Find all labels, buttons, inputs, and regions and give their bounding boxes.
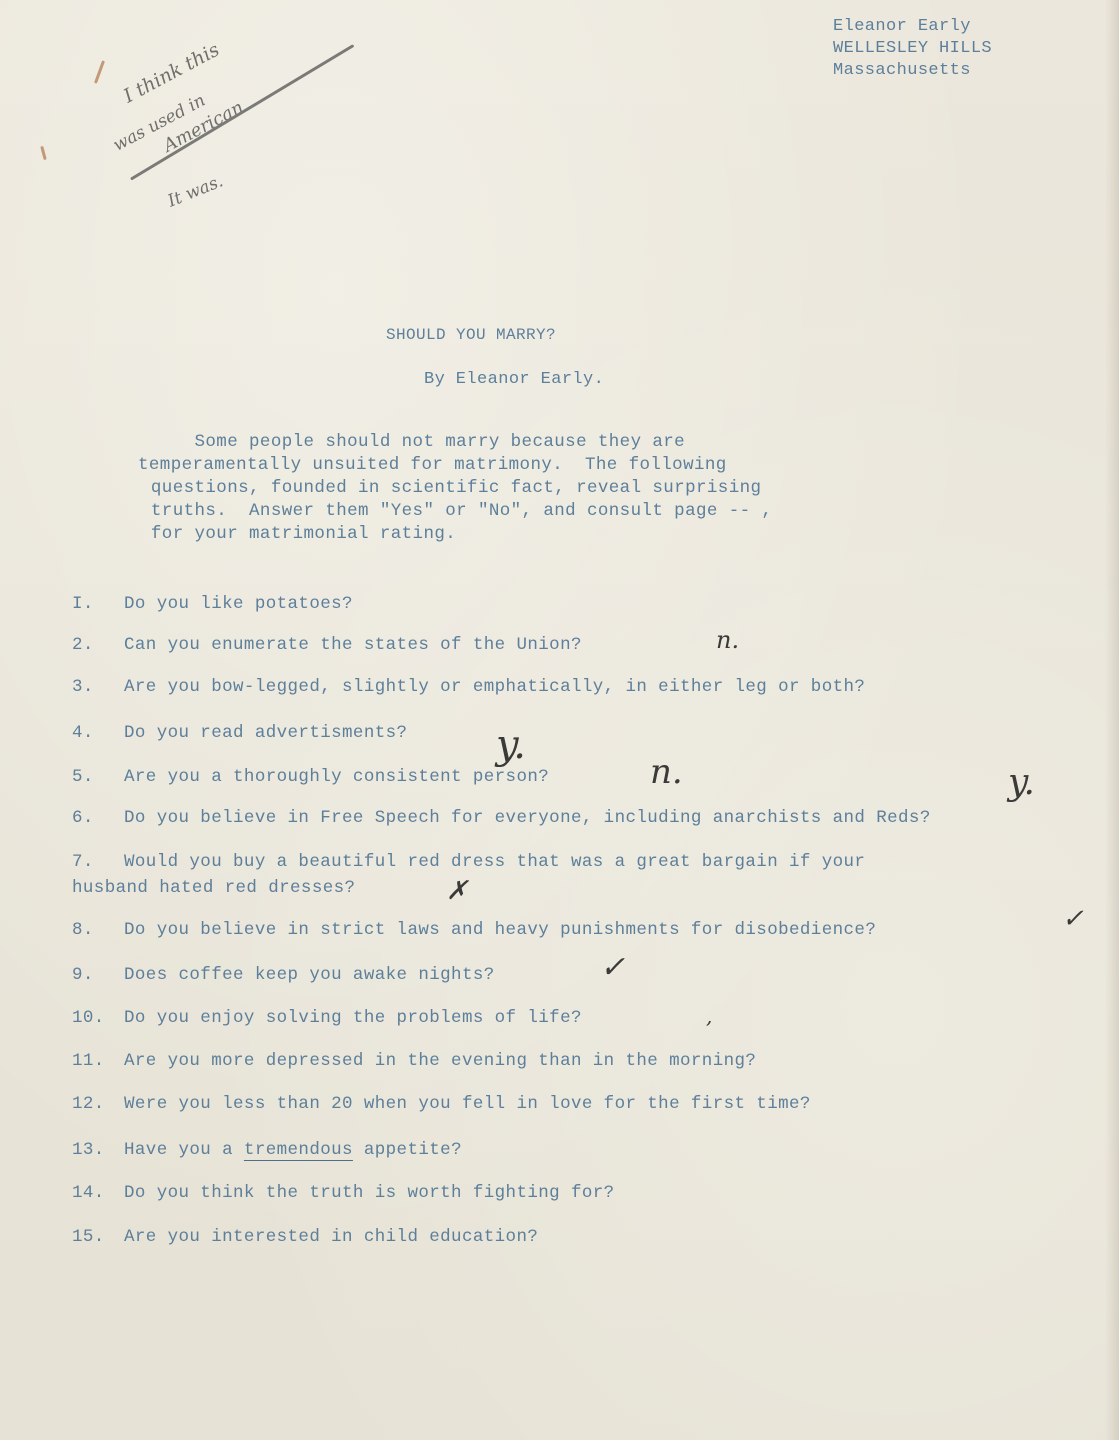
question-number: 6.	[72, 808, 124, 828]
question-number: 9.	[72, 965, 124, 985]
question-12: 12.Were you less than 20 when you fell i…	[72, 1094, 811, 1114]
answer-mark-q5: n.	[650, 752, 683, 792]
question-number: 8.	[72, 920, 124, 940]
question-15: 15.Are you interested in child education…	[72, 1227, 538, 1247]
answer-mark-q4: y.	[496, 722, 526, 768]
letterhead-state: Massachusetts	[833, 60, 971, 81]
question-text: Do you think the truth is worth fighting…	[124, 1183, 615, 1203]
question-text: Are you interested in child education?	[124, 1227, 538, 1247]
question-text: Does coffee keep you awake nights?	[124, 965, 495, 985]
question-text: Were you less than 20 when you fell in l…	[124, 1094, 811, 1114]
question-13: 13.Have you a tremendous appetite?	[72, 1140, 462, 1160]
question-text: Do you like potatoes?	[124, 594, 353, 614]
question-text-pre: Have you a	[124, 1140, 244, 1160]
answer-mark-q9: ✓	[600, 950, 625, 985]
question-number: 10.	[72, 1008, 124, 1028]
question-14: 14.Do you think the truth is worth fight…	[72, 1183, 615, 1203]
answer-mark-q2: n.	[716, 626, 739, 654]
intro-line: for your matrimonial rating.	[140, 524, 456, 544]
question-7: 7.Would you buy a beautiful red dress th…	[72, 852, 865, 872]
margin-note-line1: I think this	[120, 39, 223, 108]
margin-note-line4: It was.	[165, 171, 226, 211]
question-text: Do you enjoy solving the problems of lif…	[124, 1008, 582, 1028]
paper-edge-shadow	[1105, 0, 1119, 1440]
question-text: Do you believe in Free Speech for everyo…	[124, 808, 931, 828]
question-text: Can you enumerate the states of the Unio…	[124, 635, 582, 655]
intro-line: questions, founded in scientific fact, r…	[140, 478, 761, 498]
question-number: 14.	[72, 1183, 124, 1203]
question-5: 5.Are you a thoroughly consistent person…	[72, 767, 549, 787]
question-9: 9.Does coffee keep you awake nights?	[72, 965, 495, 985]
margin-note: I think this was used in American It was…	[110, 48, 370, 208]
question-text: Are you a thoroughly consistent person?	[124, 767, 549, 787]
question-number: 7.	[72, 852, 124, 872]
question-number: 11.	[72, 1051, 124, 1071]
answer-mark-q6: y.	[1008, 762, 1035, 803]
question-text-post: appetite?	[353, 1140, 462, 1160]
document-byline: By Eleanor Early.	[424, 370, 604, 389]
intro-line: temperamentally unsuited for matrimony. …	[138, 455, 727, 475]
answer-mark-q7: ✗	[446, 876, 468, 906]
question-text-underlined: tremendous	[244, 1140, 353, 1160]
question-number: 5.	[72, 767, 124, 787]
question-6: 6.Do you believe in Free Speech for ever…	[72, 808, 931, 828]
question-text: Would you buy a beautiful red dress that…	[124, 852, 865, 872]
question-1: I.Do you like potatoes?	[72, 594, 353, 614]
question-number: 12.	[72, 1094, 124, 1114]
question-text: Are you bow-legged, slightly or emphatic…	[124, 677, 865, 697]
question-7-continued: husband hated red dresses?	[72, 878, 355, 898]
letterhead-name: Eleanor Early	[833, 16, 971, 37]
intro-line: Some people should not marry because the…	[140, 432, 685, 452]
question-number: 13.	[72, 1140, 124, 1160]
question-3: 3.Are you bow-legged, slightly or emphat…	[72, 677, 865, 697]
answer-mark-q10: ,	[706, 1004, 712, 1028]
intro-line: truths. Answer them "Yes" or "No", and c…	[140, 501, 772, 521]
question-4: 4.Do you read advertisments?	[72, 723, 407, 743]
question-number: 4.	[72, 723, 124, 743]
question-number: I.	[72, 594, 124, 614]
answer-mark-q8: ✓	[1062, 904, 1084, 934]
letterhead-town: WELLESLEY HILLS	[833, 38, 992, 59]
question-text: Do you read advertisments?	[124, 723, 407, 743]
question-2: 2.Can you enumerate the states of the Un…	[72, 635, 582, 655]
question-text: Are you more depressed in the evening th…	[124, 1051, 756, 1071]
document-title: SHOULD YOU MARRY?	[386, 326, 556, 344]
question-number: 2.	[72, 635, 124, 655]
question-number: 15.	[72, 1227, 124, 1247]
paper-background	[0, 0, 1119, 1440]
question-number: 3.	[72, 677, 124, 697]
question-text: Do you believe in strict laws and heavy …	[124, 920, 876, 940]
question-8: 8.Do you believe in strict laws and heav…	[72, 920, 876, 940]
question-11: 11.Are you more depressed in the evening…	[72, 1051, 756, 1071]
question-10: 10.Do you enjoy solving the problems of …	[72, 1008, 582, 1028]
